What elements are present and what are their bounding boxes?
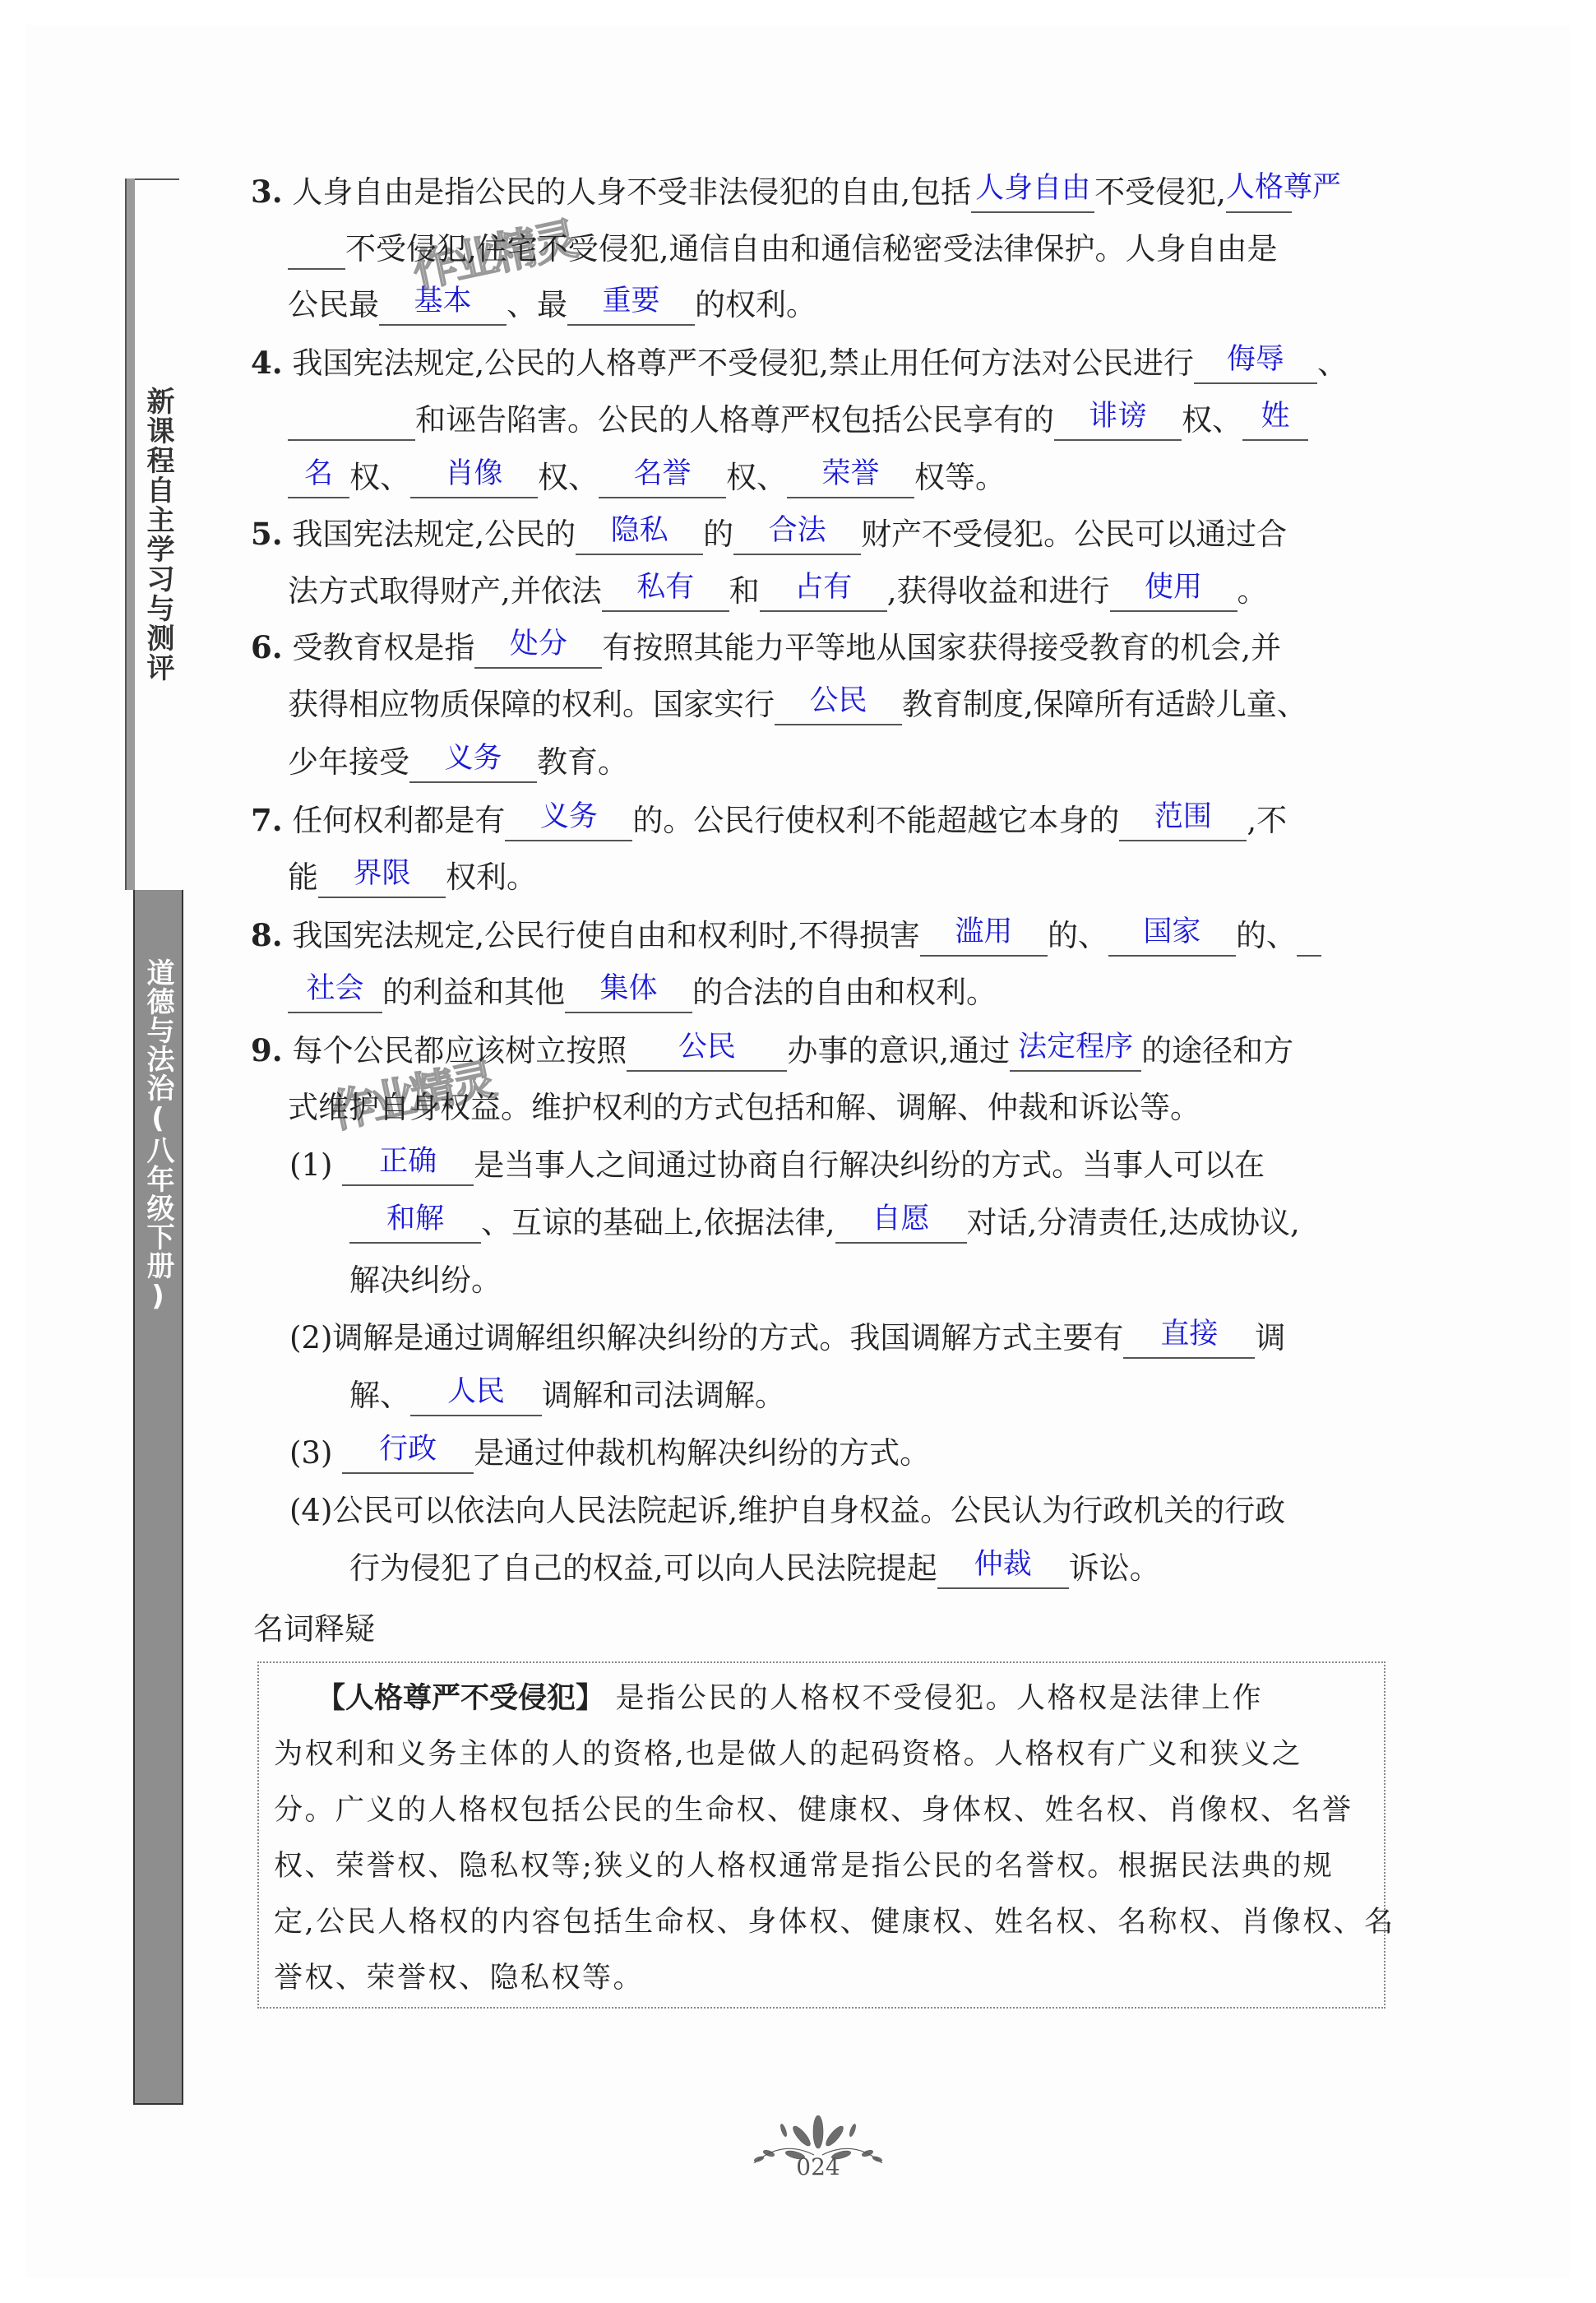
answer-text: 正确	[379, 1145, 437, 1178]
question-text: 权利。	[446, 860, 537, 895]
question-text: 是通过仲裁机构解决纠纷的方式。	[474, 1435, 930, 1471]
answer-text: 人民	[447, 1375, 505, 1408]
question-text: 每个公民都应该树立按照	[292, 1033, 627, 1068]
glossary-text: 誉权、荣誉权、隐私权等。	[274, 1958, 644, 1999]
answer-blank[interactable]: 姓	[1242, 401, 1308, 441]
answer-text: 重要	[602, 285, 659, 317]
answer-blank[interactable]: 法定程序	[1010, 1032, 1141, 1072]
answer-blank[interactable]: 行政	[342, 1434, 474, 1474]
answer-text: 人身自由	[975, 172, 1090, 205]
question-text: 公民最	[288, 287, 379, 322]
question-number: 8.	[251, 917, 283, 953]
question-text: 解、	[349, 1378, 410, 1413]
question-text: 权等。	[914, 460, 1006, 495]
answer-blank[interactable]: 滥用	[920, 917, 1048, 957]
answer-text: 荣誉	[821, 457, 879, 490]
answer-blank-empty[interactable]	[288, 401, 415, 441]
glossary-text: 定,公民人格权的内容包括生命权、身体权、健康权、姓名权、名称权、肖像权、名	[274, 1902, 1395, 1943]
spine-top-bar	[125, 178, 135, 890]
question-text: 式维护自身权益。维护权利的方式包括和解、调解、仲裁和诉讼等。	[288, 1090, 1200, 1125]
question-text: 、互谅的基础上,依据法律,	[481, 1205, 835, 1240]
question-text: 的、	[1048, 918, 1108, 953]
answer-blank[interactable]: 正确	[342, 1147, 474, 1186]
answer-text: 公民	[678, 1031, 736, 1063]
answer-blank-start	[1297, 917, 1321, 957]
answer-blank[interactable]: 人身自由	[971, 174, 1094, 213]
answer-text: 义务	[444, 742, 502, 775]
question-text: 我国宪法规定,公民的人格尊严不受侵犯,禁止用任何方法对公民进行	[292, 345, 1194, 381]
question-text: 权、	[538, 460, 599, 495]
answer-blank[interactable]: 公民	[775, 686, 902, 725]
question-text: 的权利。	[695, 287, 817, 322]
answer-text: 姓	[1261, 400, 1289, 433]
answer-text: 公民	[809, 684, 867, 717]
question-text: 受教育权是指	[292, 630, 474, 665]
sub-question-label: (3)	[289, 1435, 332, 1471]
question-text: 办事的意识,通过	[787, 1033, 1010, 1068]
answer-blank[interactable]: 仲裁	[937, 1550, 1069, 1589]
answer-blank[interactable]: 重要	[567, 286, 695, 326]
glossary-text: 权、荣誉权、隐私权等;狭义的人格权通常是指公民的名誉权。根据民法典的规	[274, 1846, 1334, 1887]
answer-text: 集体	[599, 972, 657, 1005]
answer-blank[interactable]: 占有	[760, 572, 887, 612]
answer-text: 仲裁	[974, 1548, 1032, 1581]
answer-blank[interactable]: 侮辱	[1194, 345, 1317, 384]
answer-blank[interactable]: 自愿	[835, 1204, 967, 1244]
answer-text: 自愿	[872, 1202, 930, 1235]
answer-text: 人格尊严	[1226, 167, 1341, 208]
answer-text: 滥用	[955, 915, 1012, 948]
answer-text: 占有	[794, 571, 852, 604]
question-text: 的。公民行使权利不能超越它本身的	[632, 803, 1119, 838]
answer-blank[interactable]: 名誉	[599, 459, 726, 498]
answer-blank-continued[interactable]: 名	[288, 459, 349, 498]
answer-text: 直接	[1160, 1318, 1218, 1351]
question-text: 诉讼。	[1069, 1550, 1160, 1586]
question-text: 。	[1237, 573, 1268, 609]
answer-blank[interactable]: 肖像	[410, 459, 538, 498]
question-text: 权、	[726, 460, 787, 495]
question-text: ,获得收益和进行	[887, 573, 1110, 609]
question-text: 能	[288, 860, 318, 895]
answer-text: 法定程序	[1018, 1031, 1133, 1063]
answer-blank[interactable]: 合法	[733, 516, 861, 555]
answer-blank[interactable]: 国家	[1108, 917, 1236, 957]
answer-text: 国家	[1143, 915, 1200, 948]
answer-text: 社会	[306, 972, 363, 1005]
question-text: 、	[1317, 345, 1348, 381]
answer-text: 界限	[353, 857, 410, 890]
answer-blank[interactable]: 义务	[505, 802, 632, 841]
answer-blank[interactable]: 诽谤	[1054, 401, 1182, 441]
answer-text: 行政	[379, 1433, 437, 1466]
answer-blank[interactable]: 人民	[410, 1377, 542, 1416]
question-text: 不受侵犯,	[1094, 174, 1226, 210]
question-text: 和	[729, 573, 760, 609]
answer-blank[interactable]: 处分	[474, 629, 602, 669]
answer-text: 基本	[414, 285, 471, 317]
glossary-text: 是指公民的人格权不受侵犯。人格权是法律上作	[616, 1682, 1264, 1715]
question-text: 少年接受	[288, 744, 409, 780]
answer-text: 诽谤	[1089, 400, 1146, 433]
question-text: 解决纠纷。	[349, 1263, 502, 1298]
sub-question-label: (1)	[289, 1147, 332, 1183]
question-number: 7.	[251, 802, 283, 838]
question-text: ,不	[1247, 803, 1287, 838]
glossary-text: 分。广义的人格权包括公民的生命权、健康权、身体权、姓名权、肖像权、名誉	[274, 1790, 1353, 1831]
question-text: 调解和司法调解。	[542, 1378, 785, 1413]
question-text: 的合法的自由和权利。	[692, 975, 997, 1010]
glossary-text: 为权利和义务主体的人的资格,也是做人的起码资格。人格权有广义和狭义之	[274, 1734, 1302, 1775]
answer-blank[interactable]: 荣誉	[787, 459, 914, 498]
question-text: 的	[703, 517, 733, 552]
glossary-term: 【人格尊严不受侵犯】	[317, 1682, 604, 1715]
question-text: 权、	[349, 460, 410, 495]
question-text: 、最	[507, 287, 567, 322]
question-text: 教育。	[537, 744, 628, 780]
answer-blank[interactable]: 和解	[349, 1204, 481, 1244]
question-text: 的、	[1236, 918, 1297, 953]
question-text: 的途径和方	[1141, 1033, 1293, 1068]
answer-text: 使用	[1145, 571, 1202, 604]
answer-text: 名	[304, 457, 333, 490]
answer-text: 侮辱	[1227, 343, 1284, 376]
answer-text: 处分	[510, 628, 567, 660]
sub-question-label: (2)	[289, 1320, 332, 1355]
answer-blank[interactable]: 公民	[627, 1032, 787, 1072]
question-text: 调	[1255, 1320, 1285, 1355]
answer-text: 肖像	[445, 457, 502, 490]
question-number: 3.	[251, 174, 283, 210]
question-text: 调解是通过调解组织解决纠纷的方式。我国调解方式主要有	[332, 1320, 1123, 1355]
answer-blank[interactable]: 集体	[565, 974, 692, 1013]
question-text: 公民可以依法向人民法院起诉,维护自身权益。公民认为行政机关的行政	[332, 1493, 1285, 1528]
answer-blank[interactable]: 私有	[602, 572, 729, 612]
series-title: 新课程自主学习与测评	[142, 387, 178, 683]
answer-blank[interactable]: 直接	[1123, 1319, 1255, 1359]
page-number: 024	[789, 2153, 847, 2180]
answer-blank-continued	[288, 230, 345, 270]
question-text: 我国宪法规定,公民行使自由和权利时,不得损害	[292, 918, 920, 953]
question-text: 有按照其能力平等地从国家获得接受教育的机会,并	[602, 630, 1281, 665]
question-number: 5.	[251, 516, 283, 552]
sub-question-label: (4)	[289, 1493, 332, 1528]
answer-blank[interactable]: 人格尊严	[1226, 174, 1292, 213]
answer-blank[interactable]: 使用	[1110, 572, 1237, 612]
answer-text: 隐私	[611, 514, 668, 547]
answer-text: 义务	[540, 800, 598, 833]
question-text: 的利益和其他	[382, 975, 565, 1010]
question-text: 任何权利都是有	[292, 803, 505, 838]
answer-text: 名誉	[633, 457, 691, 490]
question-text: 法方式取得财产,并依法	[288, 573, 602, 609]
answer-blank[interactable]: 界限	[318, 859, 446, 898]
answer-text: 私有	[636, 571, 694, 604]
book-title: 道德与法治(八年级下册)	[142, 958, 178, 1314]
answer-text: 合法	[769, 514, 826, 547]
question-text: 财产不受侵犯。公民可以通过合	[861, 517, 1287, 552]
question-text: 对话,分清责任,达成协议,	[967, 1205, 1300, 1240]
question-text: 不受侵犯,住宅不受侵犯,通信自由和通信秘密受法律保护。人身自由是	[345, 231, 1278, 266]
question-number: 9.	[251, 1032, 283, 1068]
question-text: 是当事人之间通过协商自行解决纠纷的方式。当事人可以在	[474, 1147, 1265, 1183]
answer-blank[interactable]: 义务	[409, 744, 537, 783]
question-text: 我国宪法规定,公民的	[292, 517, 576, 552]
question-text: 获得相应物质保障的权利。国家实行	[288, 687, 775, 722]
glossary-box: 【人格尊严不受侵犯】 是指公民的人格权不受侵犯。人格权是法律上作 为权利和义务主…	[257, 1661, 1386, 2009]
question-text: 和诬告陷害。公民的人格尊严权包括公民享有的	[415, 402, 1054, 438]
question-number: 6.	[251, 629, 283, 665]
glossary-title: 名词释疑	[253, 1604, 375, 1648]
answer-blank[interactable]: 社会	[288, 974, 382, 1013]
question-text: 权、	[1182, 402, 1242, 438]
answer-text: 和解	[386, 1202, 444, 1235]
question-text: 教育制度,保障所有适龄儿童、	[902, 687, 1307, 722]
answer-blank[interactable]: 范围	[1119, 802, 1247, 841]
answer-blank[interactable]: 基本	[379, 286, 507, 326]
answer-blank[interactable]: 隐私	[576, 516, 703, 555]
question-number: 4.	[251, 345, 283, 381]
answer-text: 范围	[1154, 800, 1212, 833]
question-text: 人身自由是指公民的人身不受非法侵犯的自由,包括	[292, 174, 971, 210]
question-text: 行为侵犯了自己的权益,可以向人民法院提起	[349, 1550, 937, 1586]
